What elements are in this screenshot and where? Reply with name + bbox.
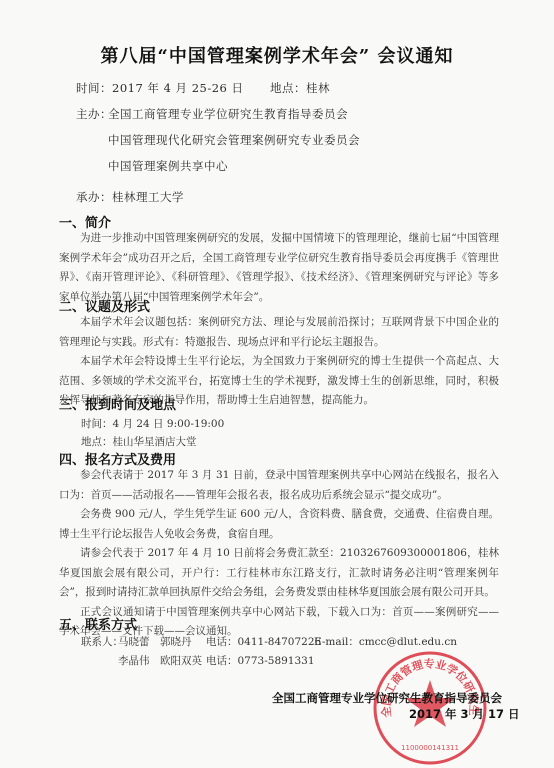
- checkin-place: 地点：桂山华星酒店大堂: [81, 434, 197, 449]
- host-3: 中国管理案例共享中心: [108, 158, 228, 174]
- host-2: 中国管理现代化研究会管理案例研究专业委员会: [108, 132, 360, 148]
- document-title: 第八届“中国管理案例学术年会” 会议通知: [0, 42, 554, 68]
- signature-date: 2017 年 3 月 17 日: [409, 706, 520, 722]
- contact-names-1: 马晓蕾 郭晓丹: [118, 634, 192, 649]
- contact-label: 联系人：: [81, 634, 123, 649]
- contact-phone-2: 电话：0773-5891331: [206, 653, 315, 668]
- paragraph: 参会代表请于 2017 年 3 月 31 日前，登录中国管理案例共享中心网站在线…: [59, 466, 499, 505]
- contact-phone-1: 电话：0411-84707226: [206, 634, 321, 649]
- notice-page: 第八届“中国管理案例学术年会” 会议通知 时间：2017 年 4 月 25-26…: [0, 0, 554, 768]
- section-heading-contact: 五、联系方式: [59, 614, 137, 633]
- host-label: 主办：: [76, 106, 112, 122]
- organizer: 桂林理工大学: [112, 189, 184, 205]
- section-heading-registration-time: 三、报到时间及地点: [59, 394, 176, 413]
- signature-org: 全国工商管理专业学位研究生教育指导委员会: [272, 690, 502, 706]
- checkin-time: 时间：4 月 24 日 9:00-19:00: [81, 416, 224, 431]
- contact-names-2: 李晶伟 欧阳双英: [118, 653, 202, 668]
- paragraph: 本届学术年会议题包括：案例研究方法、理论与发展前沿探讨；互联网背景下中国企业的管…: [59, 313, 499, 352]
- paragraph: 会务费 900 元/人，学生凭学生证 600 元/人，含资料费、膳食费，交通费、…: [59, 505, 499, 544]
- meeting-place: 地点：桂林: [270, 80, 330, 96]
- organizer-label: 承办：: [76, 189, 112, 205]
- svg-text:1100000141311: 1100000141311: [401, 744, 459, 752]
- contact-email[interactable]: E-mail：cmcc@dlut.edu.cn: [314, 634, 457, 649]
- paragraph: 请参会代表于 2017 年 4 月 10 日前将会务费汇款至：210326760…: [59, 544, 499, 603]
- host-1: 全国工商管理专业学位研究生教育指导委员会: [108, 106, 348, 122]
- meeting-time: 时间：2017 年 4 月 25-26 日: [76, 80, 244, 96]
